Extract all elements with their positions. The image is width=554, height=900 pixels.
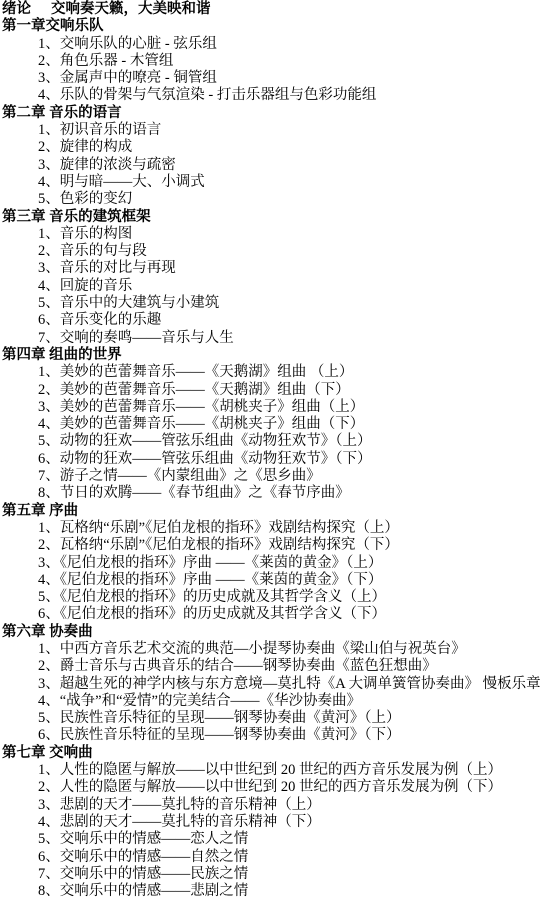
toc-item: 2、音乐的句与段 — [2, 243, 554, 260]
chapter-heading: 第一章交响乐队 — [2, 18, 554, 35]
toc-item: 5、民族性音乐特征的呈现——钢琴协奏曲《黄河》（上） — [2, 710, 554, 727]
toc-item: 8、交响乐中的情感——悲剧之情 — [2, 883, 554, 900]
toc-item: 1、音乐的构图 — [2, 226, 554, 243]
toc-item: 1、中西方音乐艺术交流的典范—小提琴协奏曲《梁山伯与祝英台》 — [2, 641, 554, 658]
chapter-heading: 第二章 音乐的语言 — [2, 105, 554, 122]
toc-item: 2、角色乐器 - 木管组 — [2, 53, 554, 70]
toc-item: 7、游子之情——《内蒙组曲》之《思乡曲》 — [2, 468, 554, 485]
toc-item: 1、瓦格纳“乐剧”《尼伯龙根的指环》戏剧结构探究（上） — [2, 520, 554, 537]
table-of-contents: 绪论交响奏天籁，大美映和谐 第一章交响乐队1、交响乐队的心脏 - 弦乐组2、角色… — [0, 0, 554, 900]
intro-heading: 绪论交响奏天籁，大美映和谐 — [2, 1, 554, 18]
chapter-heading: 第六章 协奏曲 — [2, 624, 554, 641]
chapter-heading: 第四章 组曲的世界 — [2, 347, 554, 364]
toc-item: 6、动物的狂欢——管弦乐组曲《动物狂欢节》（下） — [2, 451, 554, 468]
toc-item: 5、《尼伯龙根的指环》的历史成就及其哲学含义（上） — [2, 589, 554, 606]
toc-item: 8、节日的欢腾——《春节组曲》之《春节序曲》 — [2, 485, 554, 502]
toc-item: 6、《尼伯龙根的指环》的历史成就及其哲学含义（下） — [2, 606, 554, 623]
chapter-heading: 第三章 音乐的建筑框架 — [2, 209, 554, 226]
toc-item: 1、人性的隐匿与解放——以中世纪到 20 世纪的西方音乐发展为例（上） — [2, 762, 554, 779]
toc-item: 5、动物的狂欢——管弦乐组曲《动物狂欢节》（上） — [2, 433, 554, 450]
toc-item: 3、音乐的对比与再现 — [2, 260, 554, 277]
toc-item: 1、交响乐队的心脏 - 弦乐组 — [2, 36, 554, 53]
toc-item: 3、旋律的浓淡与疏密 — [2, 157, 554, 174]
toc-item: 4、回旋的音乐 — [2, 278, 554, 295]
toc-item: 3、《尼伯龙根的指环》序曲 ——《莱茵的黄金》（上） — [2, 555, 554, 572]
toc-item: 6、民族性音乐特征的呈现——钢琴协奏曲《黄河》（下） — [2, 727, 554, 744]
toc-item: 3、美妙的芭蕾舞音乐——《胡桃夹子》组曲（上） — [2, 399, 554, 416]
chapter-heading: 第五章 序曲 — [2, 503, 554, 520]
toc-item: 4、明与暗——大、小调式 — [2, 174, 554, 191]
chapter-heading: 第七章 交响曲 — [2, 745, 554, 762]
intro-label: 绪论 — [2, 1, 31, 17]
chapters: 第一章交响乐队1、交响乐队的心脏 - 弦乐组2、角色乐器 - 木管组3、金属声中… — [2, 18, 554, 900]
toc-item: 2、爵士音乐与古典音乐的结合——钢琴协奏曲《蓝色狂想曲》 — [2, 658, 554, 675]
toc-item: 6、音乐变化的乐趣 — [2, 312, 554, 329]
toc-item: 4、乐队的骨架与气氛渲染 - 打击乐器组与色彩功能组 — [2, 87, 554, 104]
toc-item: 1、美妙的芭蕾舞音乐——《天鹅湖》组曲 （上） — [2, 364, 554, 381]
intro-title: 交响奏天籁，大美映和谐 — [51, 1, 211, 17]
toc-item: 7、交响的奏鸣——音乐与人生 — [2, 330, 554, 347]
toc-item: 2、旋律的构成 — [2, 139, 554, 156]
toc-item: 3、金属声中的嘹亮 - 铜管组 — [2, 70, 554, 87]
toc-item: 4、美妙的芭蕾舞音乐——《胡桃夹子》组曲（下） — [2, 416, 554, 433]
toc-item: 1、初识音乐的语言 — [2, 122, 554, 139]
toc-item: 5、交响乐中的情感——恋人之情 — [2, 831, 554, 848]
toc-item: 5、音乐中的大建筑与小建筑 — [2, 295, 554, 312]
toc-item: 4、《尼伯龙根的指环》序曲 ——《莱茵的黄金》（下） — [2, 572, 554, 589]
toc-item: 5、色彩的变幻 — [2, 191, 554, 208]
toc-item: 2、美妙的芭蕾舞音乐——《天鹅湖》组曲（下） — [2, 382, 554, 399]
toc-item: 6、交响乐中的情感——自然之情 — [2, 849, 554, 866]
toc-item: 2、瓦格纳“乐剧”《尼伯龙根的指环》戏剧结构探究（下） — [2, 537, 554, 554]
toc-item: 4、“战争”和“爱情”的完美结合——《华沙协奏曲》 — [2, 693, 554, 710]
toc-item: 3、悲剧的天才——莫扎特的音乐精神（上） — [2, 797, 554, 814]
toc-item: 4、悲剧的天才——莫扎特的音乐精神（下） — [2, 814, 554, 831]
toc-item: 2、人性的隐匿与解放——以中世纪到 20 世纪的西方音乐发展为例（下） — [2, 779, 554, 796]
toc-item: 3、超越生死的神学内核与东方意境—莫扎特《A 大调单簧管协奏曲》 慢板乐章 — [2, 676, 554, 693]
toc-item: 7、交响乐中的情感——民族之情 — [2, 866, 554, 883]
